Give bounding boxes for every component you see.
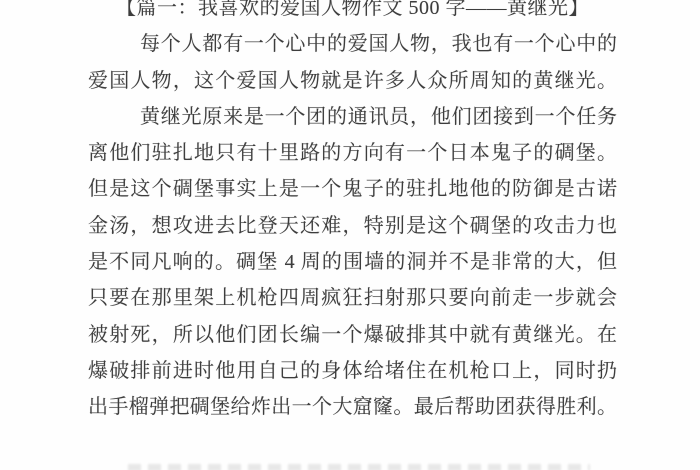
essay-line: 但是这个碉堡事实上是一个鬼子的驻扎地他的防御是古诺 [88,171,617,207]
essay-line: 爱国人物，这个爱国人物就是许多人众所周知的黄继光。 [88,63,617,99]
essay-line: 只要在那里架上机枪四周疯狂扫射那只要向前走一步就会 [88,280,617,316]
essay-line: 离他们驻扎地只有十里路的方向有一个日本鬼子的碉堡。 [88,135,617,171]
essay-line: 黄继光原来是一个团的通讯员，他们团接到一个任务 [88,99,617,135]
essay-line: 出手榴弹把碉堡给炸出一个大窟窿。最后帮助团获得胜利。 [88,389,617,425]
essay-line: 每个人都有一个心中的爱国人物，我也有一个心中的 [88,26,617,62]
essay-line: 爆破排前进时他用自己的身体给堵住在机枪口上，同时扔 [88,353,617,389]
essay-line: 被射死，所以他们团长编一个爆破排其中就有黄继光。在 [88,317,617,353]
essay-line: 金汤，想攻进去比登天还难，特别是这个碉堡的攻击力也 [88,208,617,244]
essay-title: 【篇一：我喜欢的爱国人物作文 500 字——黄继光】 [88,0,617,26]
scanned-document-page: 【篇一：我喜欢的爱国人物作文 500 字——黄继光】 每个人都有一个心中的爱国人… [0,0,700,470]
essay-text-block: 【篇一：我喜欢的爱国人物作文 500 字——黄继光】 每个人都有一个心中的爱国人… [88,0,617,426]
essay-line: 是不同凡响的。碉堡 4 周的围墙的洞并不是非常的大，但 [88,244,617,280]
clipped-next-line-sliver [128,464,590,470]
